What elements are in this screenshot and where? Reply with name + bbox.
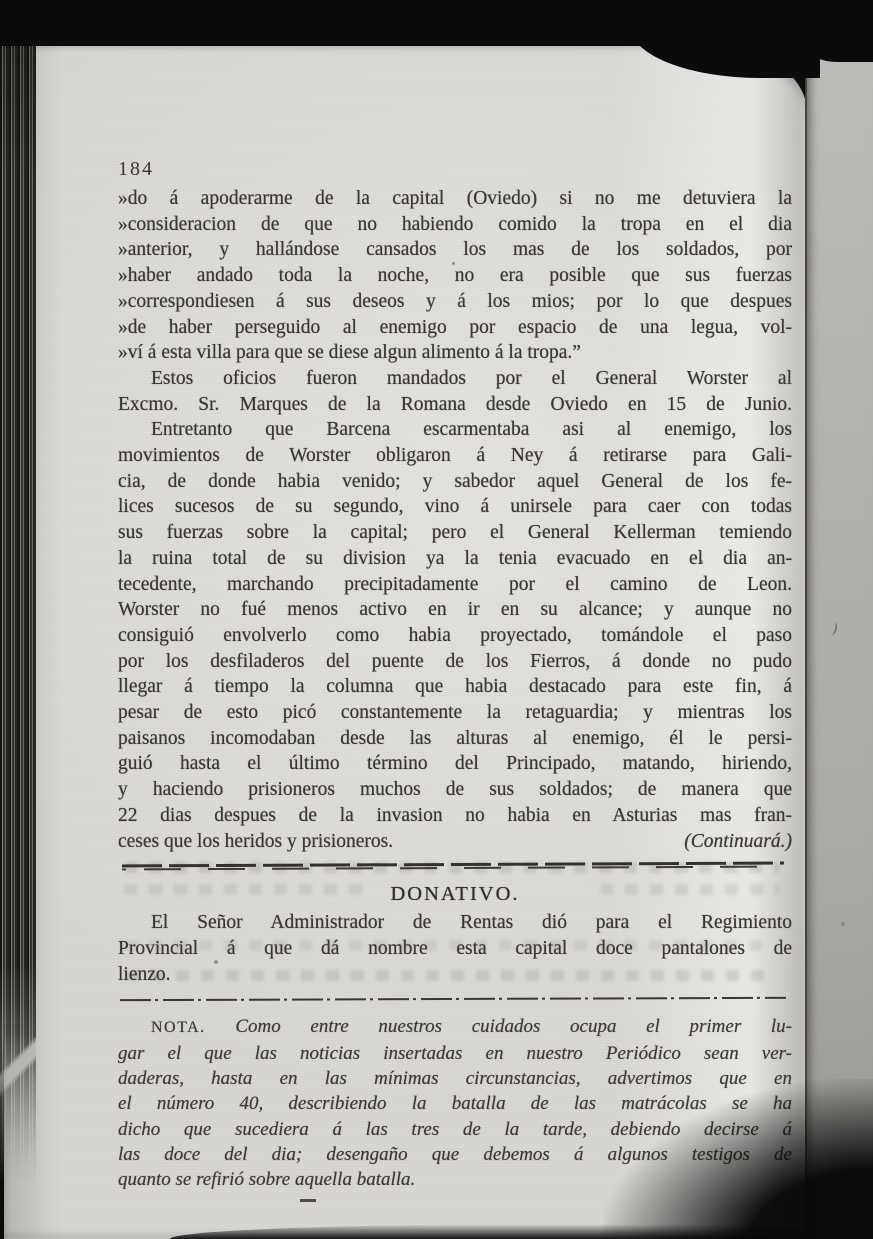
text-line: Como entre nuestros cuidados ocupa el pr… [235,1016,792,1037]
end-dash-rule [300,1199,316,1202]
text-line: lices sucesos de su segundo, vino á unir… [118,494,792,520]
text-line: tecedente, marchando precipitadamente po… [118,572,792,598]
nota-label: NOTA. [151,1019,206,1036]
binding-page-edges [0,40,36,1195]
text-line: »consideracion de que no habiendo comido… [118,212,792,238]
text-line: la ruina total de su division ya la teni… [118,546,792,572]
text-line: consiguió envolverlo como habia proyecta… [118,623,792,649]
text-line: gar el que las noticias insertadas en nu… [118,1041,792,1066]
text-line: »de haber perseguido al enemigo por espa… [118,315,792,341]
text-line: cia, de donde habia venido; y sabedor aq… [118,469,792,495]
nota-separator-rule [120,996,786,1002]
continuation-label: (Continuará.) [684,829,792,855]
text-line: Excmo. Sr. Marques de la Romana desde Ov… [118,392,792,418]
text-line: movimientos de Worster obligaron á Ney á… [118,443,792,469]
text-line-with-continuation: ceses que los heridos y prisioneros. (Co… [118,829,792,855]
page-text: 184 »do á apoderarme de la capital (Ovie… [118,158,792,1202]
quoted-letter-paragraph: »do á apoderarme de la capital (Oviedo) … [118,186,792,366]
text-line: y haciendo prisioneros muchos de sus sol… [118,777,792,803]
bottom-right-shadow [603,1079,873,1239]
stack-speck [841,922,845,926]
text-line: »correspondiesen á sus deseos y á los mi… [118,289,792,315]
text-line: »ví á esta villa para que se diese algun… [118,340,792,366]
page-number: 184 [118,158,792,186]
text-line: lienzo. [118,962,792,988]
campaign-paragraph: Entretanto que Barcena escarmentaba asi … [118,417,792,854]
oficios-paragraph: Estos oficios fueron mandados por el Gen… [118,366,792,417]
text-line: pesar de esto picó constantemente la ret… [118,700,792,726]
text-line: El Señor Administrador de Rentas dió par… [118,910,792,936]
text-line: Provincial á que dá nombre esta capital … [118,936,792,962]
text-line: ceses que los heridos y prisioneros. [118,829,393,855]
text-line: por los desfiladeros del puente de los F… [118,649,792,675]
text-line: »haber andado toda la noche, no era posi… [118,263,792,289]
donativo-paragraph: El Señor Administrador de Rentas dió par… [118,910,792,987]
nota-first-line: NOTA. Como entre nuestros cuidados ocupa… [118,1014,792,1040]
text-line: »anterior, y hallándose cansados los mas… [118,237,792,263]
book-page-photo: 184 »do á apoderarme de la capital (Ovie… [0,0,873,1239]
donativo-heading: DONATIVO. [118,883,792,910]
text-line: Entretanto que Barcena escarmentaba asi … [118,417,792,443]
text-line: guió hasta el último término del Princip… [118,751,792,777]
text-line: llegar á tiempo la columna que habia des… [118,674,792,700]
text-line: sus fuerzas sobre la capital; pero el Ge… [118,520,792,546]
stack-ink-mark [828,621,839,636]
text-line: paisanos incomodaban desde las alturas a… [118,726,792,752]
section-separator-rule [122,862,784,871]
text-line: 22 dias despues de la invasion no habia … [118,803,792,829]
text-line: Estos oficios fueron mandados por el Gen… [118,366,792,392]
text-line: »do á apoderarme de la capital (Oviedo) … [118,186,792,212]
text-line: Worster no fué menos activo en ir en su … [118,597,792,623]
top-shadow-bar [0,0,873,46]
body-text: »do á apoderarme de la capital (Oviedo) … [118,186,792,854]
page-stack-fore-edge [805,52,873,1239]
